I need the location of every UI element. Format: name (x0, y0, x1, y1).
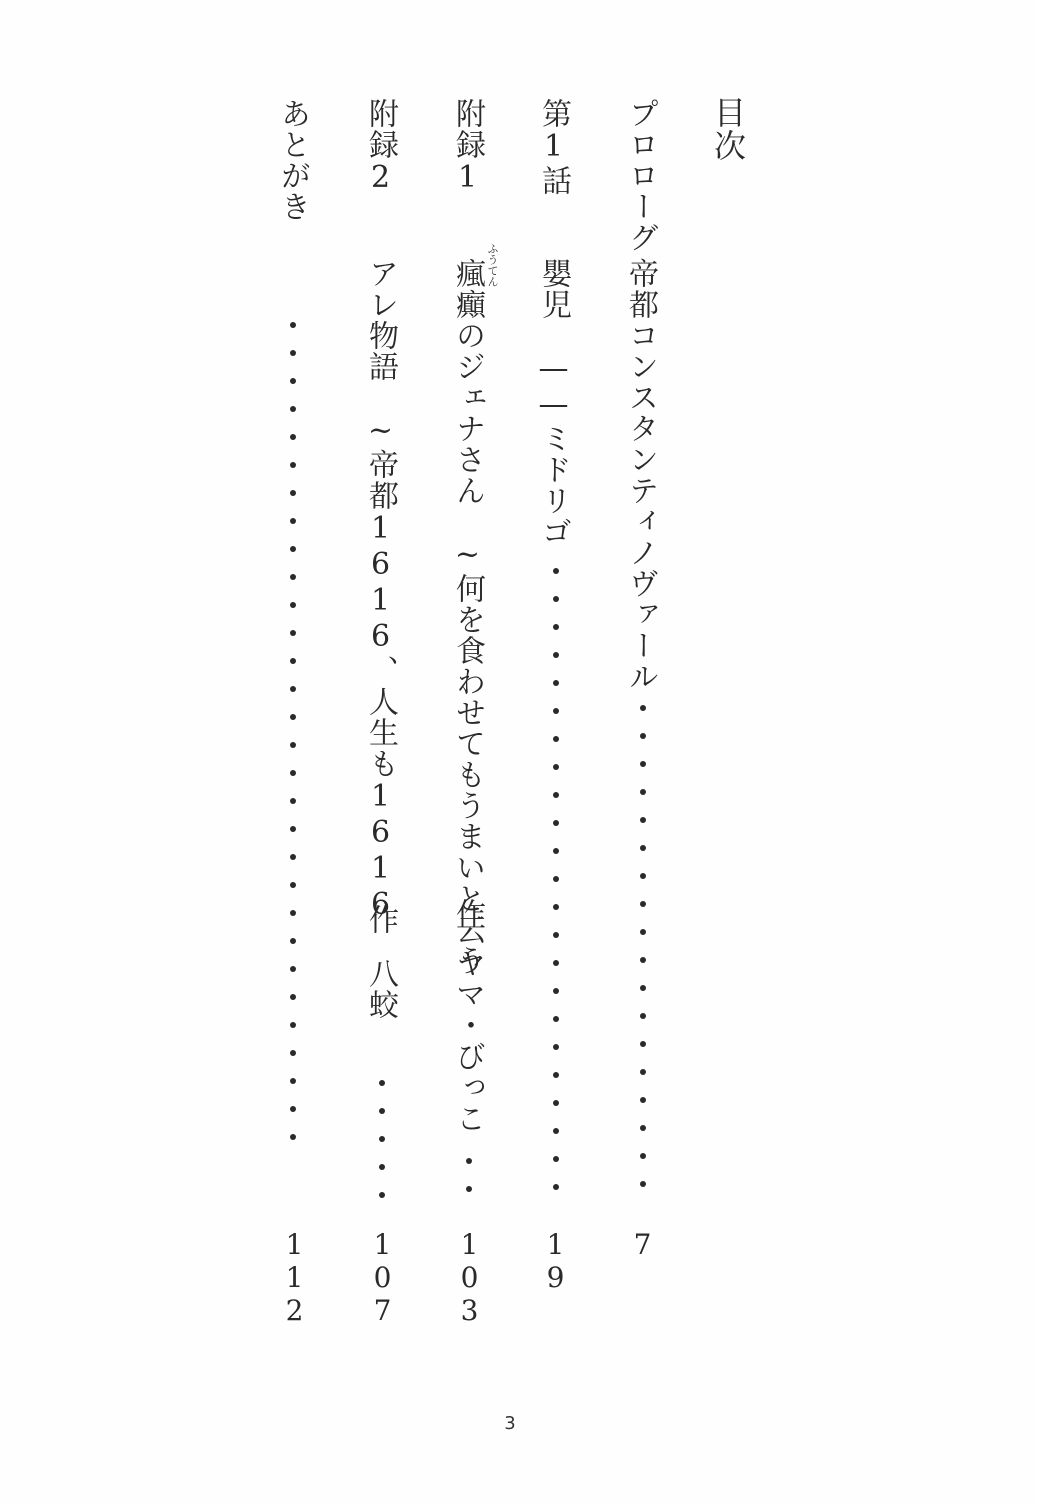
toc-page-number-prologue: 7 (628, 1228, 656, 1261)
leader-dots (640, 705, 646, 1209)
toc-entry-label-afterword: あとがき (277, 98, 307, 222)
toc-title: 目次 (712, 96, 744, 162)
leader-dots (553, 568, 559, 1212)
toc-entry-author-prefix-appendix2: 作 (365, 904, 395, 935)
toc-entry-author-prefix-appendix1: 作 (452, 898, 482, 929)
toc-page-number-appendix1: 103 (455, 1228, 483, 1327)
toc-entry-title-appendix1: 瘋癲のジェナさん ~何を食わせてもうまいと云う (452, 258, 482, 976)
toc-page-number-chapter1: 19 (541, 1228, 569, 1294)
toc-entry-title-appendix2: アレ物語 ~帝都1616、人生も1616 (365, 258, 395, 923)
toc-entry-label-chapter1: 第1話 (538, 98, 568, 196)
leader-dots (466, 1158, 472, 1214)
toc-entry-label-appendix2: 附録2 (365, 98, 395, 196)
toc-entry-title-prologue: 帝都コンスタンティノヴァール (625, 258, 655, 692)
toc-page: 目次 プロローグ 帝都コンスタンティノヴァール 7 第1話 嬰児 ——ミドリゴ … (0, 0, 1037, 1505)
toc-entry-author-appendix1: ヤマ・びっこ (452, 948, 482, 1134)
toc-entry-ruby-appendix1: ふうてん (487, 243, 498, 287)
toc-entry-label-prologue: プロローグ (625, 98, 655, 253)
leader-dots (379, 1080, 385, 1220)
toc-entry-author-appendix2: 八蛟 (365, 958, 395, 1020)
toc-page-number-afterword: 112 (280, 1228, 308, 1327)
toc-page-number-appendix2: 107 (368, 1228, 396, 1327)
leader-dots (290, 322, 296, 1162)
page-number: 3 (0, 1413, 1020, 1434)
toc-entry-label-appendix1: 附録1 (452, 98, 482, 196)
toc-entry-title-chapter1: 嬰児 ——ミドリゴ (538, 258, 568, 547)
